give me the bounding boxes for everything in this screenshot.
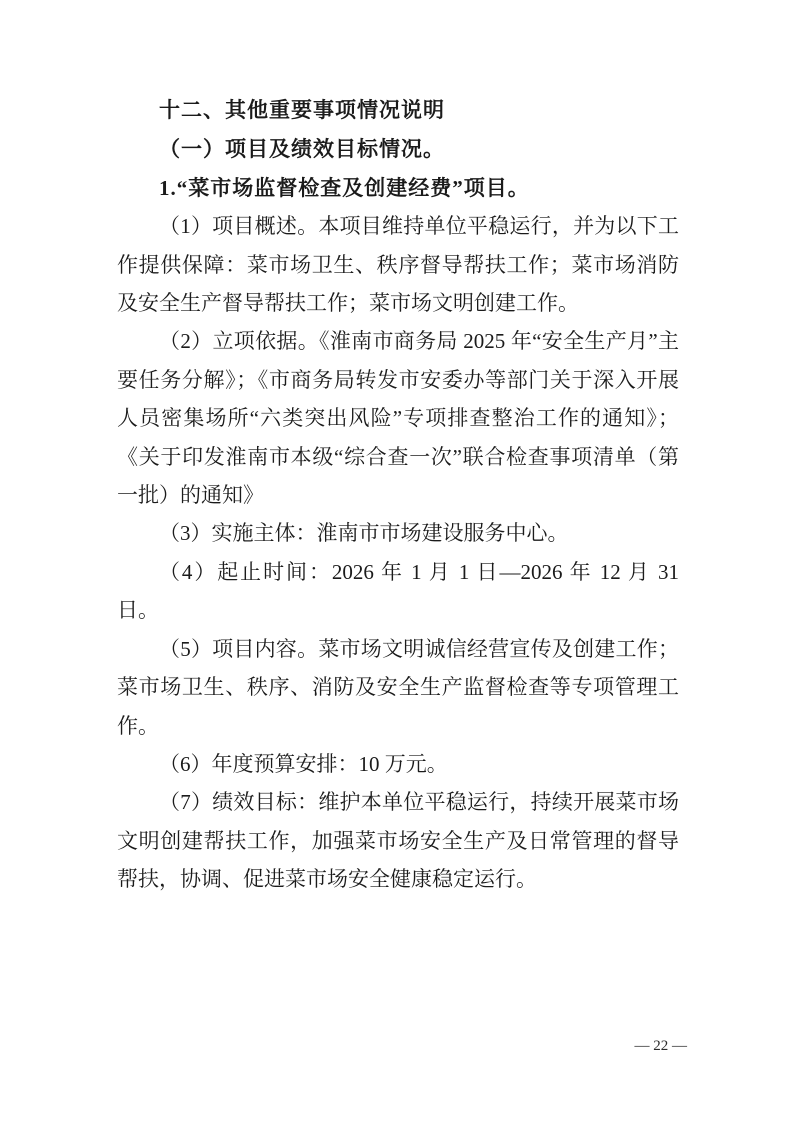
- section-heading: 十二、其他重要事项情况说明: [117, 92, 679, 130]
- paragraph-project-content: （5）项目内容。菜市场文明诚信经营宣传及创建工作；菜市场卫生、秩序、消防及安全生…: [117, 630, 679, 745]
- document-body: 十二、其他重要事项情况说明 （一）项目及绩效目标情况。 1.“菜市场监督检查及创…: [117, 92, 679, 899]
- paragraph-implementing-body: （3）实施主体：淮南市市场建设服务中心。: [117, 514, 679, 552]
- paragraph-project-basis: （2）立项依据。《淮南市商务局 2025 年“安全生产月”主要任务分解》；《市商…: [117, 322, 679, 514]
- document-page: 十二、其他重要事项情况说明 （一）项目及绩效目标情况。 1.“菜市场监督检查及创…: [0, 0, 793, 1122]
- paragraph-annual-budget: （6）年度预算安排：10 万元。: [117, 745, 679, 783]
- paragraph-project-overview: （1）项目概述。本项目维持单位平稳运行，并为以下工作提供保障：菜市场卫生、秩序督…: [117, 207, 679, 322]
- paragraph-performance-goal: （7）绩效目标：维护本单位平稳运行，持续开展菜市场文明创建帮扶工作，加强菜市场安…: [117, 783, 679, 898]
- subsection-heading: （一）项目及绩效目标情况。: [117, 130, 679, 168]
- page-number: — 22 —: [635, 1036, 688, 1056]
- paragraph-project-period: （4）起止时间：2026 年 1 月 1 日—2026 年 12 月 31 日。: [117, 553, 679, 630]
- project-title-heading: 1.“菜市场监督检查及创建经费”项目。: [117, 169, 679, 207]
